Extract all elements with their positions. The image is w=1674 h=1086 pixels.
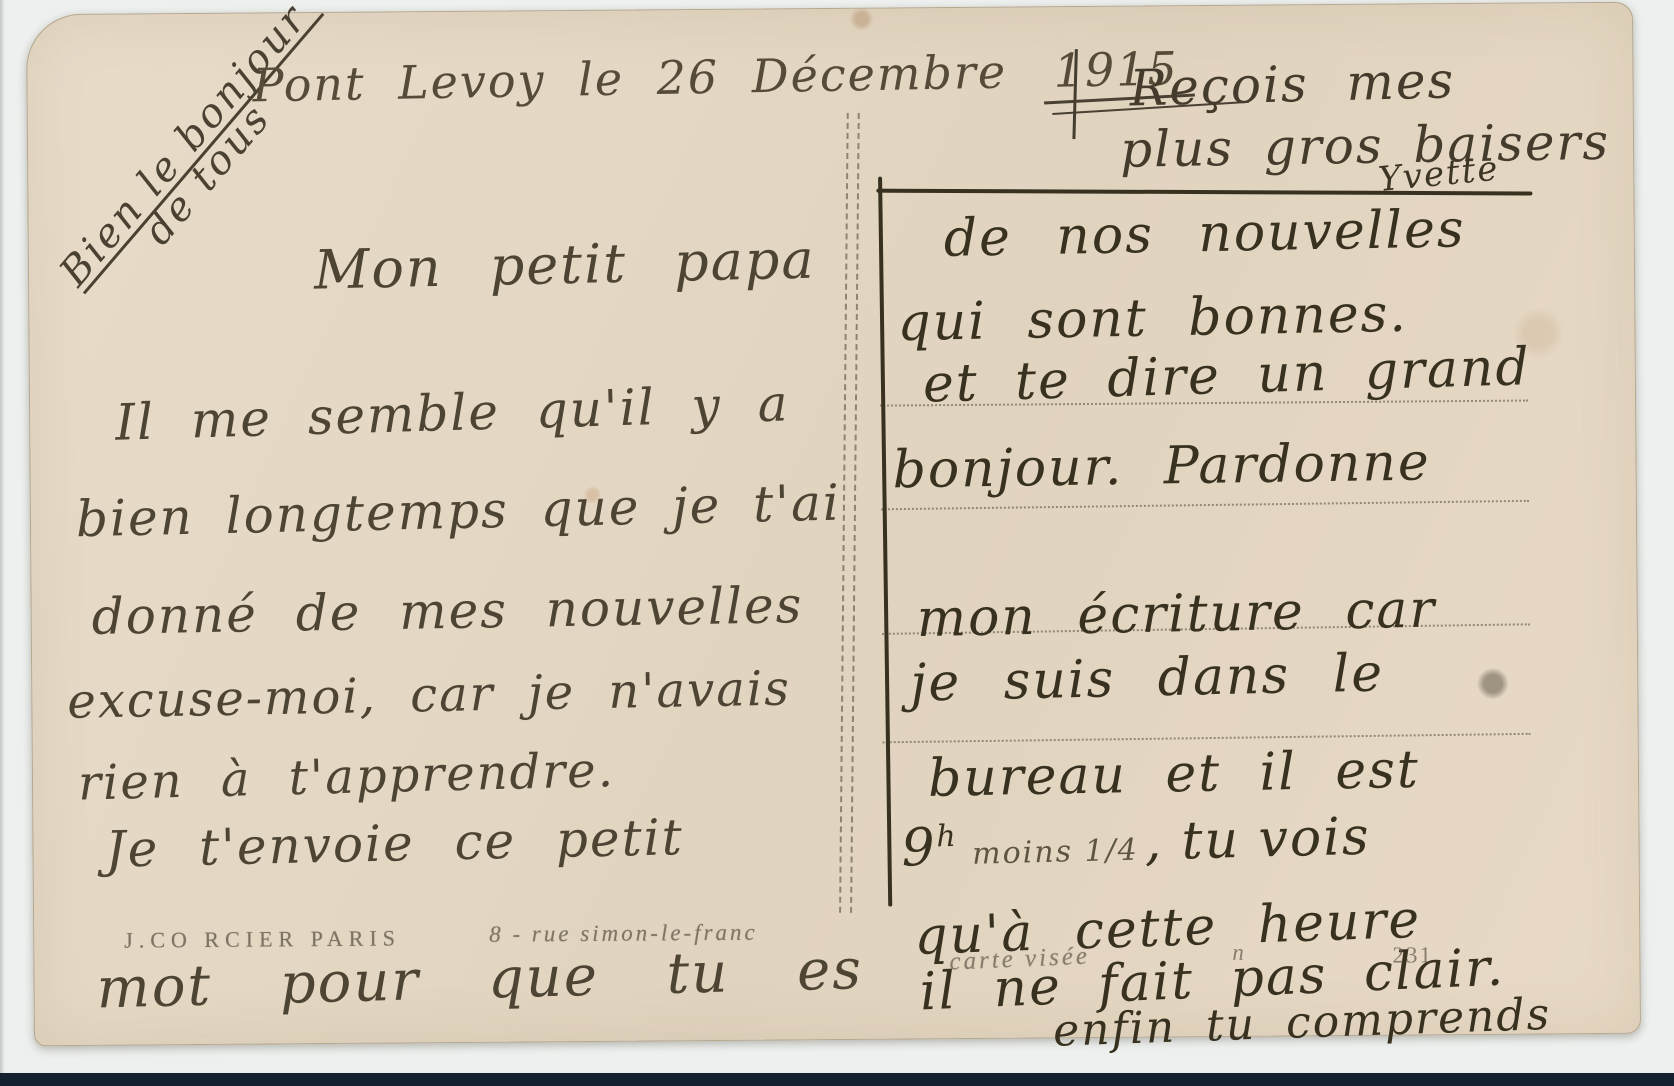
scanner-edge-strip [0, 1073, 1674, 1086]
dateline-place-date: Pont Levoy le 26 Décembre [252, 45, 1008, 113]
message-line: bonjour. Pardonne [892, 432, 1431, 500]
salutation: Mon petit papa [313, 228, 816, 302]
corner-greeting-line1: Bien le bonjour [51, 0, 330, 295]
message-line: Je t'envoie ce petit [105, 808, 684, 879]
scan-left-edge [0, 0, 5, 1073]
time-hour: 9 [901, 818, 938, 879]
time-fraction: moins 1/4 [972, 833, 1139, 872]
carte-visee-imprint: carte visée [949, 943, 1091, 977]
dateline: Pont Levoy le 26 Décembre 1915 [252, 41, 1179, 112]
message-line: donné de mes nouvelles [91, 576, 803, 646]
postcard: Bien le bonjour de tous Pont Levoy le 26… [26, 2, 1641, 1047]
message-line: je suis dans le [910, 643, 1385, 713]
message-line: rien à t'apprendre. [77, 742, 615, 812]
time-rest: , tu vois [1144, 807, 1371, 873]
message-line: excuse-moi, car je n'avais [67, 661, 791, 730]
message-line: bien longtemps que je t'ai [75, 474, 841, 549]
message-line: Il me semble qu'il y a [114, 374, 790, 451]
closing-line-1: Reçois mes [1129, 51, 1456, 117]
publisher-address-imprint: 8 - rue simon-le-franc [489, 920, 758, 948]
publisher-imprint: J.CO RCIER PARIS [124, 925, 401, 953]
serial-number-imprint: 231 [1392, 942, 1433, 968]
divider-microtext-line [850, 113, 860, 913]
serial-letter-imprint: n [1232, 940, 1244, 966]
corner-greeting: Bien le bonjour de tous [51, 0, 358, 319]
hand-drawn-vertical-line [878, 177, 892, 907]
printed-address-line [883, 733, 1531, 743]
message-line: mon écriture car [916, 580, 1437, 650]
message-line: de nos nouvelles [943, 199, 1466, 269]
time-hour-sup: h [936, 819, 958, 855]
message-line-time: 9hmoins 1/4, tu vois [901, 807, 1371, 879]
printed-address-line [881, 500, 1529, 510]
message-line: bureau et il est [927, 740, 1420, 809]
closing-line-2: plus gros baisers [1120, 113, 1611, 179]
